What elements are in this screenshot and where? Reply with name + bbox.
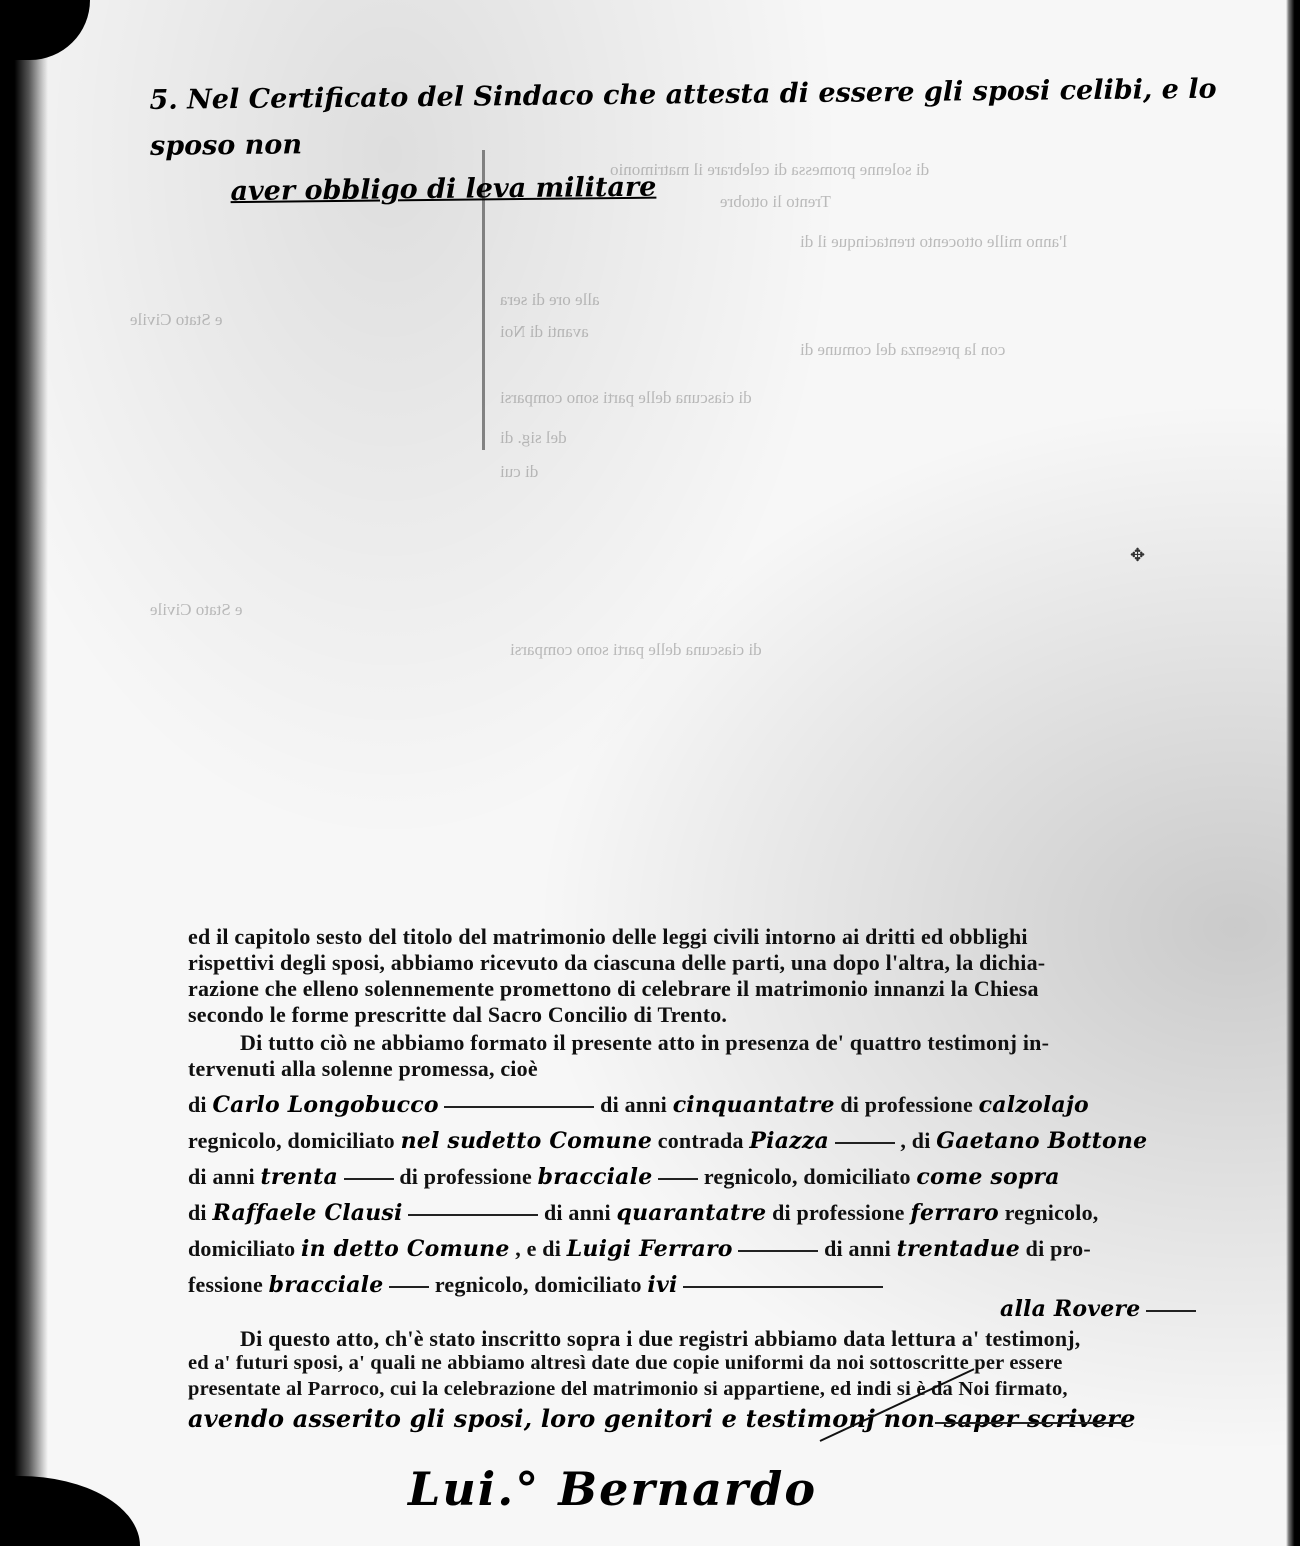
label: contrada [658,1128,744,1153]
witness-2-name: Gaetano Bottone [936,1128,1147,1154]
witness-3-age: quarantatre [617,1200,767,1226]
signature: Lui.° Bernardo [408,1462,817,1516]
witness-line-4: di Raffaele Clausi di anni quarantatre d… [188,1200,1248,1226]
page-left-shadow [0,0,48,1546]
closing-line: Di questo atto, ch'è stato inscritto sop… [188,1326,1300,1352]
bleed-through-line: del sig. di [500,428,567,448]
blank-rule [683,1286,883,1288]
witness-3-name: Raffaele Clausi [212,1200,402,1226]
witness-line-6: fessione bracciale regnicolo, domiciliat… [188,1272,1248,1298]
blank-rule [344,1178,394,1180]
witness-2-profession: bracciale [538,1164,653,1190]
witness-4-age: trentadue [897,1236,1020,1262]
witness-4-domicile: ivi [647,1272,677,1298]
printed-line: razione che elleno solennemente prometto… [188,976,1248,1002]
printed-line: tervenuti alla solenne promessa, cioè [188,1056,1248,1082]
label: regnicolo, domiciliato [435,1272,642,1297]
bleed-through-line: con la presenza del comune di [800,340,1005,360]
blank-rule [1146,1310,1196,1312]
witness-2-domicile: come sopra [916,1164,1059,1190]
witness-1-domicile: nel sudetto Comune [401,1128,652,1154]
witness-1-age: cinquantatre [673,1092,835,1118]
label: di anni [824,1236,891,1261]
printed-line: Di tutto ciò ne abbiamo formato il prese… [188,1030,1300,1056]
blank-rule [389,1286,429,1288]
label: domiciliato [188,1236,295,1261]
printed-line: rispettivi degli sposi, abbiamo ricevuto… [188,950,1248,976]
bleed-through-line: l'anno mille ottocento trentacinque il d… [800,232,1067,252]
bleed-through-line: avanti di Noi [500,322,589,342]
label: regnicolo, domiciliato [188,1128,395,1153]
label: di anni [188,1164,255,1189]
label: , e di [515,1236,561,1261]
bleed-through-line: di ciascuna delle parti sono comparsi [500,388,752,408]
closing-line: presentate al Parroco, cui la celebrazio… [188,1378,1248,1401]
witness-4-name: Luigi Ferraro [567,1236,733,1262]
witness-line-2: regnicolo, domiciliato nel sudetto Comun… [188,1128,1248,1154]
label: fessione [188,1272,263,1297]
witness-1-name: Carlo Longobucco [212,1092,438,1118]
label: di anni [600,1092,667,1117]
marginal-note-line-1: 5. Nel Certificato del Sindaco che attes… [149,66,1280,170]
witness-3-domicile: in detto Comune [301,1236,510,1262]
witness-3-profession: ferraro [910,1200,999,1226]
page-right-shadow [1286,0,1300,1546]
closing-line: ed a' futuri sposi, a' quali ne abbiamo … [188,1352,1248,1375]
blank-rule [444,1106,594,1108]
label: di [188,1200,207,1225]
bleed-through-line: di cui [500,462,538,482]
printed-line: ed il capitolo sesto del titolo del matr… [188,924,1248,950]
label: di professione [840,1092,973,1117]
witness-1-profession: calzolajo [979,1092,1089,1118]
label: regnicolo, domiciliato [704,1164,911,1189]
label: regnicolo, [1005,1200,1099,1225]
label: di [188,1092,207,1117]
label: di professione [772,1200,905,1225]
blank-rule [835,1142,895,1144]
blank-rule [408,1214,538,1216]
marginal-note: 5. Nel Certificato del Sindaco che attes… [149,66,1280,216]
printed-line: secondo le forme prescritte dal Sacro Co… [188,1002,1248,1028]
witness-4-street: alla Rovere [1000,1296,1140,1322]
witness-2-age: trenta [261,1164,338,1190]
blank-rule [658,1178,698,1180]
witness-line-5: domiciliato in detto Comune , e di Luigi… [188,1236,1248,1262]
witness-line-7: alla Rovere [1000,1296,1230,1322]
label: di anni [544,1200,611,1225]
bleed-through-line: e Stato Civile [130,310,223,330]
label: , di [900,1128,930,1153]
witness-line-1: di Carlo Longobucco di anni cinquantatre… [188,1092,1248,1118]
ink-mark: ✥ [1130,545,1145,566]
witness-4-profession: bracciale [269,1272,384,1298]
witness-1-street: Piazza [749,1128,829,1154]
closing-rule [935,1422,1125,1424]
blank-rule [738,1250,818,1252]
label: di pro- [1026,1236,1091,1261]
label: di professione [399,1164,532,1189]
handwritten-closing: avendo asserito gli sposi, loro genitori… [188,1404,1248,1433]
bleed-through-line: alle ore di sera [500,290,600,310]
bleed-through-line: e Stato Civile [150,600,243,620]
bleed-through-line: di ciascuna delle parti sono comparsi [510,640,762,660]
witness-line-3: di anni trenta di professione bracciale … [188,1164,1248,1190]
